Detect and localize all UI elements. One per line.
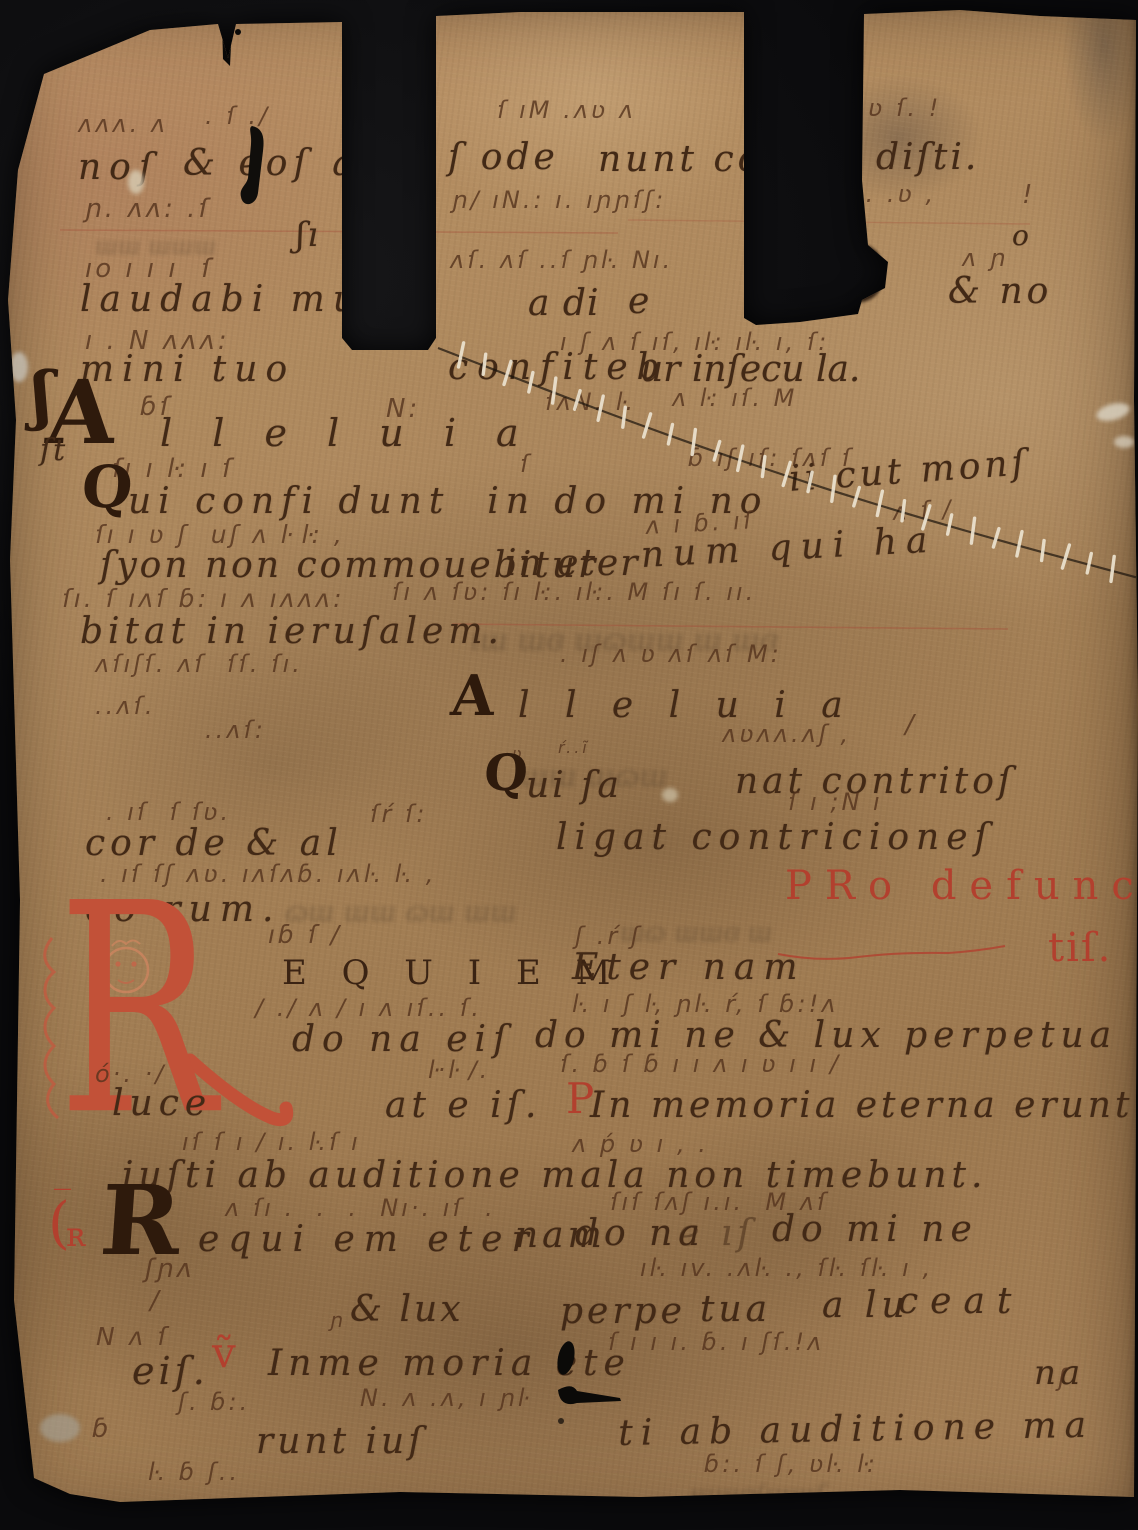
ms-text-segment: ſ ode: [448, 140, 559, 176]
neume-row: ſ. ɓ ſ ɓ ı ı ʌ ı ʋ ı ı /: [560, 1052, 841, 1076]
neume-row: ɓ:. ſ ʃ, ʋŀ. ŀ:: [704, 1452, 878, 1476]
illuminated-initial: ʃ: [30, 364, 56, 428]
neume-row: / ./ ʌ / ı ʌ ıſ.. ſ.: [255, 996, 482, 1020]
bleedthrough-text: ɯɯɞ(ɯɯſ: [690, 1482, 824, 1508]
neume-row: ʌſ. ʌſ ..ſ ɲŀ. Nı.: [450, 248, 673, 272]
ms-text-segment: l l e l u i a: [160, 414, 533, 452]
neume-row: ɲ. ʌʌ: .ſ: [85, 196, 211, 222]
ms-text-segment: ti ab auditione ma: [618, 1408, 1094, 1452]
neume-row: . ſ ./: [205, 104, 270, 128]
ms-text-segment: ur inſecu la.: [640, 352, 860, 388]
ms-text-segment: confiteb: [448, 350, 669, 386]
ms-text-segment: ʃı: [296, 218, 320, 252]
neume-row: ʌ ſı . . . Nı·. ıſ .: [225, 1196, 496, 1220]
neume-row: ſʌN. ŀ.: [545, 390, 636, 414]
illuminated-initial: A: [449, 668, 496, 724]
neume-row: ŀ·ŀ /.: [428, 1058, 490, 1082]
ms-text-segment: do mi ne & lux perpetua: [535, 1018, 1117, 1054]
ms-text-segment: bitat in ieruſalem.: [80, 614, 504, 650]
neume-row: ʌ ṕ ʋ ı , .: [572, 1132, 709, 1156]
ms-text-segment: Inme moria ete: [268, 1346, 631, 1382]
neume-row: ſı ı ʋ ʃ uʃ ʌ ŀ ŀ: ,: [95, 522, 345, 547]
ms-text-segment: ſt: [40, 436, 67, 466]
neume-row: !: [1022, 182, 1035, 208]
ms-text-segment: tua: [700, 1292, 771, 1328]
ms-text-segment: do mi ne: [772, 1212, 978, 1248]
neume-row: ŕ..ĩ: [558, 740, 590, 756]
ms-text-segment: o: [1012, 222, 1031, 250]
neume-row: ʃ. ɓ:.: [178, 1390, 250, 1414]
burnt-notch-rim: [838, 242, 884, 304]
neume-row: . ıʃ ʌ ʋ ʌſ ʌſ M:: [560, 642, 782, 666]
neume-row: ɲ: [330, 1310, 346, 1330]
ms-text-segment: laudabi mur: [80, 282, 389, 318]
ms-text-segment: ligat contricioneſ: [556, 820, 995, 856]
neume-row: N. ʌ .ʌ, ı ɲŀ: [360, 1386, 528, 1410]
neume-row: . ıſ ſ ſʋ.: [106, 800, 231, 824]
ms-text-segment: a di: [528, 286, 599, 322]
abrasion-patch: [662, 788, 678, 802]
neume-row: ʃ .ŕ ʃ: [575, 924, 642, 948]
ms-text-segment: in eter: [505, 546, 639, 582]
illuminated-initial: Q: [80, 458, 135, 516]
neume-row: ɲ/ ıN.: ı. ıɲɲſʃ:: [452, 188, 666, 212]
abrasion-patch: [128, 170, 144, 194]
neume-row: ſ ı ı ı. ɓ. ı ʃſ.!ʌ: [608, 1330, 824, 1354]
ms-text-segment: & no: [948, 274, 1052, 310]
ms-text-segment: Eter nam: [572, 950, 806, 986]
neume-row: ſı ʌ ſʋ: ſı ŀ:. ıŀ:. M ſı ſ. ıı.: [392, 580, 756, 604]
neume-row: /: [905, 712, 917, 738]
neume-row: ʌ ŀ: ıſ. M: [672, 386, 797, 410]
bleedthrough-text: ɯɷ ɯɯɞ ɯ: [620, 920, 772, 946]
neume-row: ſ ı ;N ı: [788, 790, 883, 814]
ms-text-segment: l l e l u i a: [518, 688, 855, 724]
manuscript-text-layer: ʌʌʌ. ʌ. ſ ./ſ ıM .ʌʋ ʌʋ ſ. !noſ& eoſ qſ …: [0, 0, 1138, 1530]
parchment-page: ʌʌʌ. ʌ. ſ ./ſ ıM .ʌʋ ʌʋ ſ. !noſ& eoſ qſ …: [0, 0, 1138, 1530]
rubric-text: PRo defunc: [785, 866, 1138, 906]
neume-row: ʌ ɲ: [962, 246, 1008, 270]
ms-text-segment: runt iuſ: [256, 1424, 426, 1460]
ms-text-segment: luce: [112, 1086, 212, 1122]
ms-text-segment: & lux: [350, 1292, 464, 1328]
ms-text-segment: do na eiſ: [292, 1022, 513, 1058]
neume-row: ʌʌʌ. ʌ: [78, 112, 168, 136]
ms-text-segment: iuſti ab auditione mala non timebunt.: [122, 1158, 987, 1194]
ms-text-segment: diſti.: [876, 140, 979, 176]
neume-row: ɲŀ. ñ. .ʋ ,: [798, 182, 936, 206]
manuscript-photo: ʌʌʌ. ʌ. ſ ./ſ ıM .ʌʋ ʌʋ ſ. !noſ& eoſ qſ …: [0, 0, 1138, 1530]
neume-row: ɓ: [92, 1416, 112, 1442]
ms-text-segment: ceat: [898, 1284, 1023, 1320]
ms-text-segment: & eoſ q: [183, 146, 359, 182]
neume-row: ŀ. ɓ ʃ..: [148, 1460, 240, 1484]
neume-row: ſ ıM .ʌʋ ʌ: [497, 98, 636, 122]
neume-row: ıŀ. ıv. .ʌŀ. ., ſŀ. ſŀ. ı ,: [640, 1256, 933, 1280]
neume-row: ſı. ſ ıʌſ ɓ: ı ʌ ıʌʌʌ:: [62, 586, 345, 611]
ms-text-segment: eiſ.: [132, 1352, 209, 1390]
rubric-text: ṽ: [212, 1332, 238, 1374]
neume-row: ..ʌſ.: [95, 694, 156, 718]
abrasion-patch: [10, 352, 28, 382]
ms-text-segment: noſ: [78, 150, 160, 186]
neume-row: ıſ ſ ı / ı. ŀ.ſ ı: [182, 1130, 361, 1154]
ms-text-segment: nunt con: [598, 142, 791, 178]
neume-row: ʌʋʌʌ.ʌʃ ,: [722, 722, 851, 746]
ms-text-segment: In memoria eterna erunt: [590, 1088, 1133, 1124]
thread-fray: [1114, 436, 1134, 448]
neume-row: N ʌ ſ: [96, 1324, 169, 1349]
neume-row: ſŕ ſ:: [370, 802, 427, 826]
ms-text-segment: perpe: [560, 1294, 686, 1330]
neume-row: ıɓ ſ /: [268, 922, 342, 947]
neume-row: ʃ: [1058, 1366, 1069, 1390]
rubric-text: ʀ: [66, 1218, 88, 1252]
ms-text-segment: e: [628, 284, 651, 320]
neume-row: ʃɲʌ: [145, 1256, 195, 1282]
ms-text-segment: ui ſa: [526, 768, 622, 804]
ms-text-segment: equi em eter: [198, 1222, 538, 1258]
neume-row: ʌſıʃſ. ʌſ ſſ. ſı.: [95, 652, 303, 676]
neume-row: ʋ ſ. !: [868, 96, 941, 120]
neume-row: ſ: [520, 452, 531, 476]
ms-text-segment: at e iſ.: [385, 1088, 541, 1124]
ms-text-segment: e ıſ: [678, 1216, 756, 1252]
rubric-text: ‾: [54, 1186, 73, 1220]
rubric-text: tiſ.: [1048, 928, 1112, 968]
neume-row: ŀ. ı ʃ ŀ, ɲŀ. ŕ, ſ ɓ:!ʌ: [572, 992, 838, 1016]
parchment-wrap: ʌʌʌ. ʌ. ſ ./ſ ıM .ʌʋ ʌʋ ſ. !noſ& eoſ qſ …: [0, 0, 1138, 1530]
abrasion-patch: [40, 1414, 80, 1442]
ms-text-segment: a lu: [822, 1288, 910, 1324]
illuminated-initial: Q: [483, 748, 530, 798]
neume-row: /: [150, 1288, 162, 1314]
neume-row: ..ʌſ:: [205, 718, 266, 742]
